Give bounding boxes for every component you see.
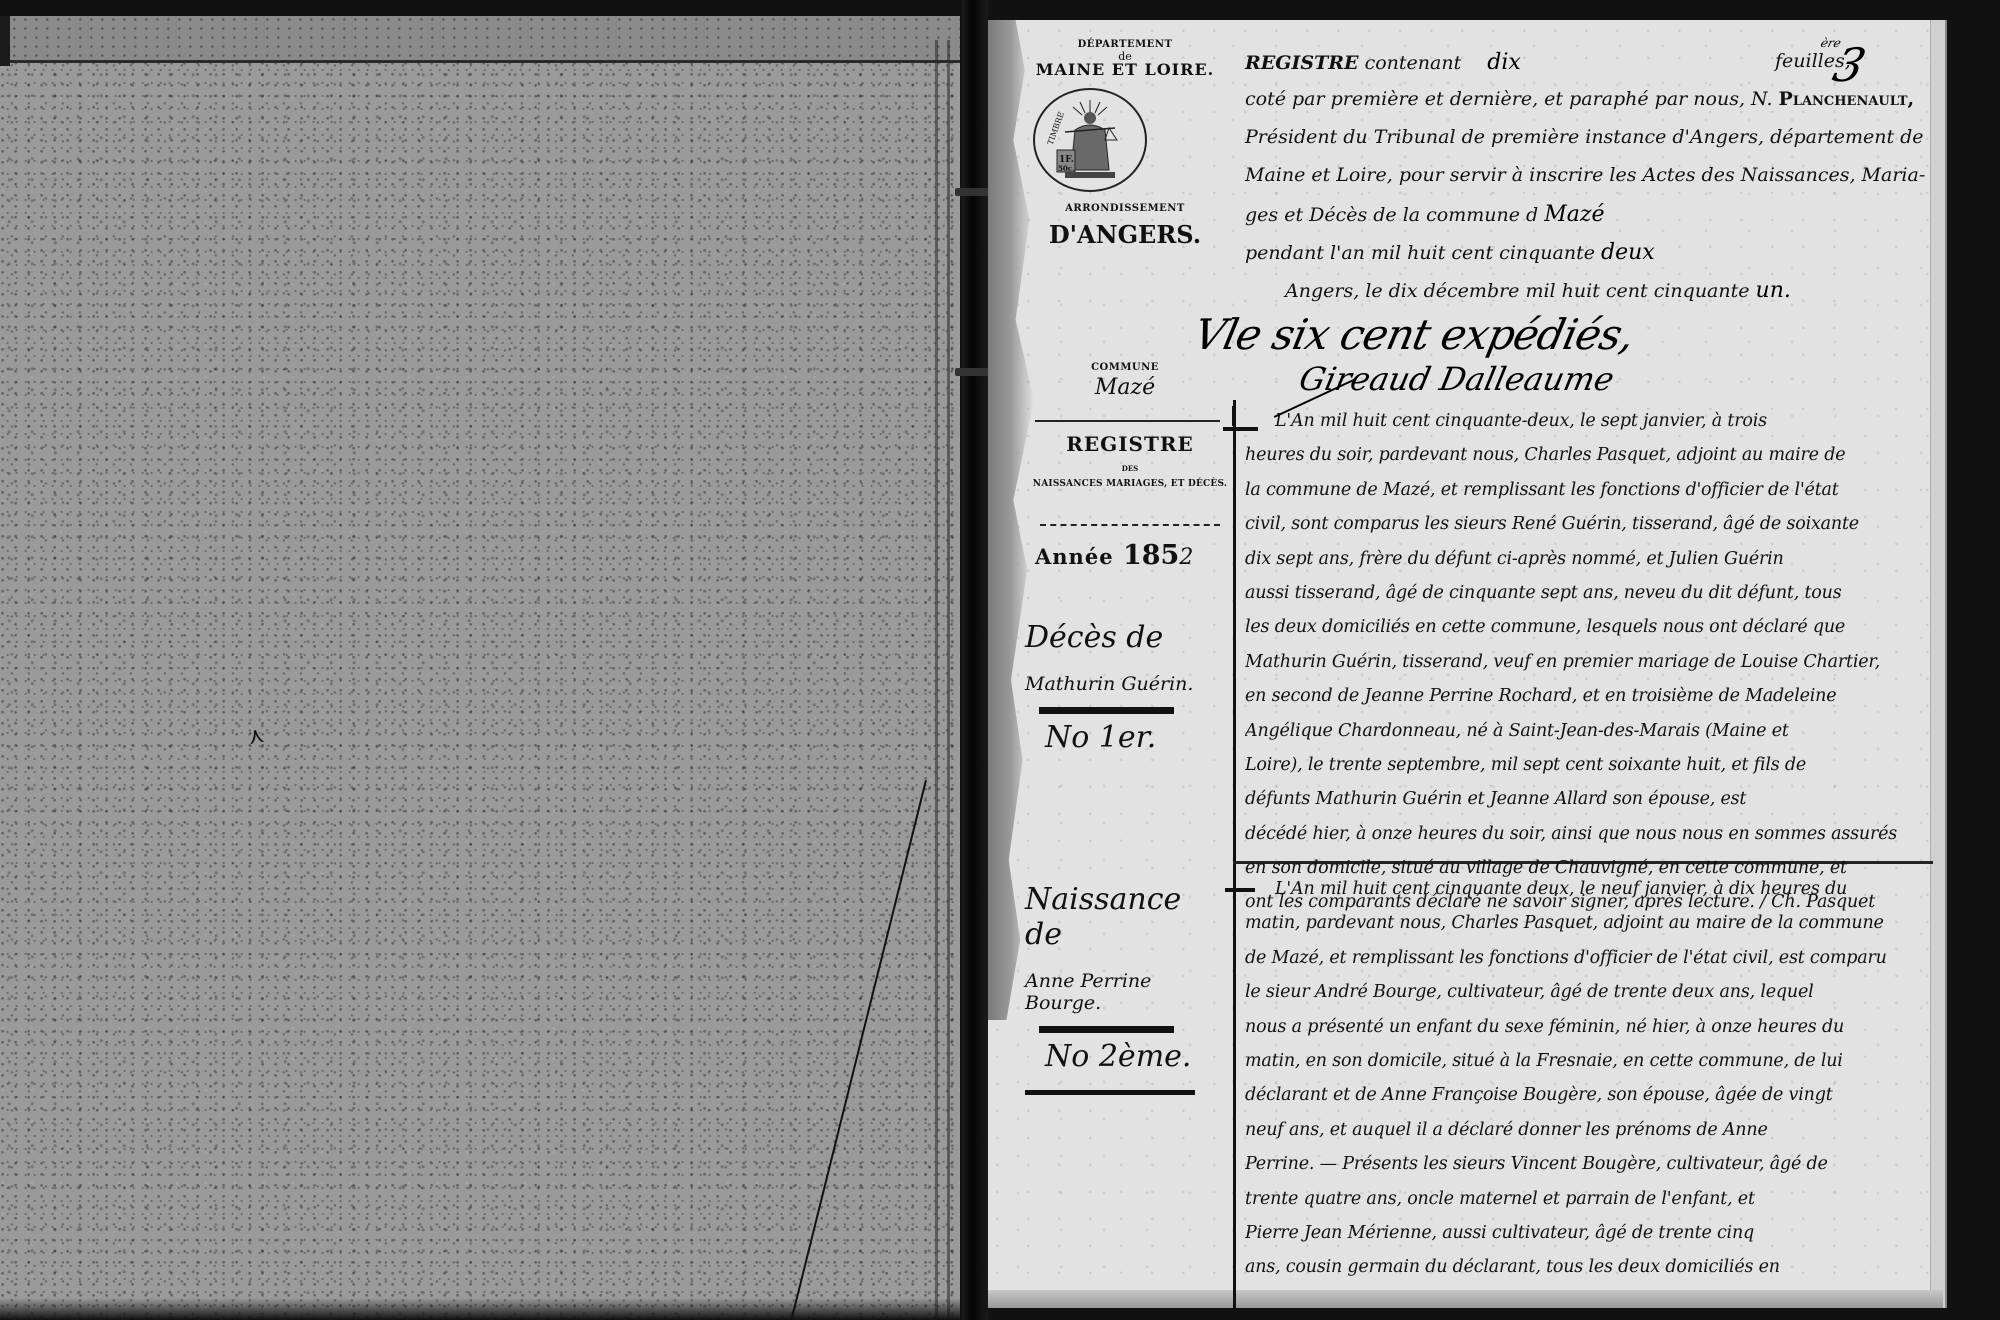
- arrondissement-name: D'ANGERS.: [1020, 220, 1230, 249]
- commune-label: COMMUNE: [1020, 362, 1230, 373]
- year-handwritten-digit: 2: [1179, 545, 1193, 570]
- department-name: MAINE ET LOIRE.: [1020, 62, 1230, 79]
- register-des: DES: [1030, 464, 1230, 473]
- handwritten-line: la commune de Mazé, et remplissant les f…: [1245, 473, 1935, 507]
- handwritten-line: de Mazé, et remplissant les fonctions d'…: [1245, 941, 1935, 975]
- printed-line-4: Maine et Loire, pour servir à inscrire l…: [1245, 164, 1925, 186]
- printed-line-2: coté par première et dernière, et paraph…: [1245, 88, 1914, 110]
- entry-person-name: Mathurin Guérin.: [1025, 673, 1225, 695]
- printed-line-1: REGISTRE contenant dix: [1245, 50, 1521, 75]
- handwritten-line: matin, pardevant nous, Charles Pasquet, …: [1245, 906, 1935, 940]
- handwritten-line: déclarant et de Anne Françoise Bougère, …: [1245, 1078, 1935, 1112]
- left-cover-page: [0, 16, 960, 1320]
- printed-line-6: pendant l'an mil huit cent cinquante deu…: [1245, 240, 1655, 265]
- wavy-divider: [1040, 524, 1220, 530]
- handwritten-year: un.: [1756, 278, 1791, 303]
- entry-1-body: L'An mil huit cent cinquante-deux, le se…: [1245, 404, 1935, 920]
- commune-block: COMMUNE Mazé: [1020, 362, 1230, 400]
- handwritten-line: ans, cousin germain du déclarant, tous l…: [1245, 1250, 1935, 1284]
- handwritten-line: nous a présenté un enfant du sexe fémini…: [1245, 1010, 1935, 1044]
- handwritten-line: défunts Mathurin Guérin et Jeanne Allard…: [1245, 782, 1935, 816]
- handwritten-line: le sieur André Bourge, cultivateur, âgé …: [1245, 975, 1935, 1009]
- divider: [1035, 420, 1220, 422]
- cover-fold-line: [935, 40, 938, 1320]
- register-title: REGISTRE: [1030, 432, 1230, 456]
- handwritten-line: Pierre Jean Mérienne, aussi cultivateur,…: [1245, 1216, 1935, 1250]
- handwritten-line: dix sept ans, frère du défunt ci-après n…: [1245, 542, 1935, 576]
- cover-bottom-shadow: [0, 1298, 1000, 1320]
- register-subtitle: NAISSANCES MARIAGES, ET DÉCÈS.: [1030, 479, 1230, 489]
- year-label: Année 1852: [1035, 540, 1235, 571]
- handwritten-line: Perrine. — Présents les sieurs Vincent B…: [1245, 1147, 1935, 1181]
- printed-feuilles: feuilles,: [1775, 50, 1851, 72]
- arrondissement-label: ARRONDISSEMENT: [1020, 203, 1230, 214]
- registre-word: REGISTRE: [1245, 52, 1359, 74]
- president-name: Planchenault,: [1779, 88, 1915, 110]
- handwritten-line: neuf ans, et auquel il a déclaré donner …: [1245, 1113, 1935, 1147]
- svg-text:TIMBRE: TIMBRE: [1046, 111, 1066, 147]
- year-printed: 185: [1123, 540, 1179, 571]
- entry-number: No 2ème.: [1045, 1039, 1225, 1074]
- printed-text: pendant l'an mil huit cent cinquante: [1245, 242, 1595, 264]
- handwritten-line: décédé hier, à onze heures du soir, ains…: [1245, 817, 1935, 851]
- printed-text: coté par première et dernière, et paraph…: [1245, 88, 1772, 110]
- printed-text: ges et Décès de la commune d: [1245, 204, 1538, 226]
- book-spine: [962, 0, 988, 1320]
- handwritten-line: matin, en son domicile, situé à la Fresn…: [1245, 1044, 1935, 1078]
- printed-text: contenant: [1365, 52, 1462, 74]
- handwritten-line: L'An mil huit cent cinquante-deux, le se…: [1245, 404, 1935, 438]
- department-header: DÉPARTEMENT de MAINE ET LOIRE.: [1020, 40, 1230, 79]
- entry-number: No 1er.: [1045, 720, 1225, 755]
- handwritten-line: Mathurin Guérin, tisserand, veuf en prem…: [1245, 645, 1935, 679]
- tax-stamp-seal-icon: TIMBRE 1F. 50c.: [1033, 88, 1147, 192]
- handwritten-line: Angélique Chardonneau, né à Saint-Jean-d…: [1245, 714, 1935, 748]
- handwritten-year: deux: [1601, 240, 1655, 265]
- entry-person-name: Anne Perrine Bourge.: [1025, 970, 1225, 1014]
- handwritten-line: civil, sont comparus les sieurs René Gué…: [1245, 507, 1935, 541]
- column-rule: [1233, 870, 1236, 1308]
- printed-line-7: Angers, le dix décembre mil huit cent ci…: [1285, 278, 1791, 303]
- printed-text: Angers, le dix décembre mil huit cent ci…: [1285, 280, 1750, 302]
- handwritten-commune: Mazé: [1544, 202, 1604, 227]
- printed-line-5: ges et Décès de la commune d Mazé: [1245, 202, 1605, 227]
- entry-type: Naissance de: [1025, 882, 1225, 952]
- cover-corner-shadow: [0, 16, 10, 66]
- printed-line-3: Président du Tribunal de première instan…: [1245, 126, 1924, 148]
- year-caption: Année: [1035, 544, 1114, 569]
- margin-entry-2: Naissance de Anne Perrine Bourge. No 2èm…: [1025, 882, 1225, 1095]
- handwritten-sheet-count: dix: [1487, 50, 1521, 75]
- cover-top-band: [0, 16, 960, 63]
- commune-name-handwritten: Mazé: [1020, 375, 1230, 400]
- column-rule: [1233, 400, 1236, 870]
- handwritten-line: L'An mil huit cent cinquante deux, le ne…: [1245, 872, 1935, 906]
- entry-2-body: L'An mil huit cent cinquante deux, le ne…: [1245, 872, 1935, 1285]
- handwritten-line: aussi tisserand, âgé de cinquante sept a…: [1245, 576, 1935, 610]
- entry-type: Décès de: [1025, 620, 1225, 655]
- handwritten-line: Loire), le trente septembre, mil sept ce…: [1245, 748, 1935, 782]
- register-title-block: REGISTRE DES NAISSANCES MARIAGES, ET DÉC…: [1030, 432, 1230, 489]
- divider: [1039, 707, 1174, 714]
- svg-text:50c.: 50c.: [1058, 164, 1074, 173]
- signature-line-2: Gireaud Dalleaume: [1296, 360, 1618, 398]
- folio-superscript: ère: [1819, 36, 1843, 50]
- handwritten-line: les deux domiciliés en cette commune, le…: [1245, 610, 1935, 644]
- divider: [1039, 1026, 1174, 1033]
- margin-entry-1: Décès de Mathurin Guérin. No 1er.: [1025, 620, 1225, 755]
- cover-fold-line: [947, 40, 950, 1320]
- page-edge-bottom: [988, 1290, 1943, 1308]
- signature-line-1: Vle six cent expédiés,: [1190, 310, 1638, 359]
- entry-marker: [1232, 406, 1235, 426]
- handwritten-line: heures du soir, pardevant nous, Charles …: [1245, 438, 1935, 472]
- handwritten-line: trente quatre ans, oncle maternel et par…: [1245, 1182, 1935, 1216]
- handwritten-line: en second de Jeanne Perrine Rochard, et …: [1245, 679, 1935, 713]
- arrondissement-header: ARRONDISSEMENT D'ANGERS.: [1020, 203, 1230, 249]
- divider: [1025, 1090, 1195, 1095]
- department-label: DÉPARTEMENT: [1020, 40, 1230, 51]
